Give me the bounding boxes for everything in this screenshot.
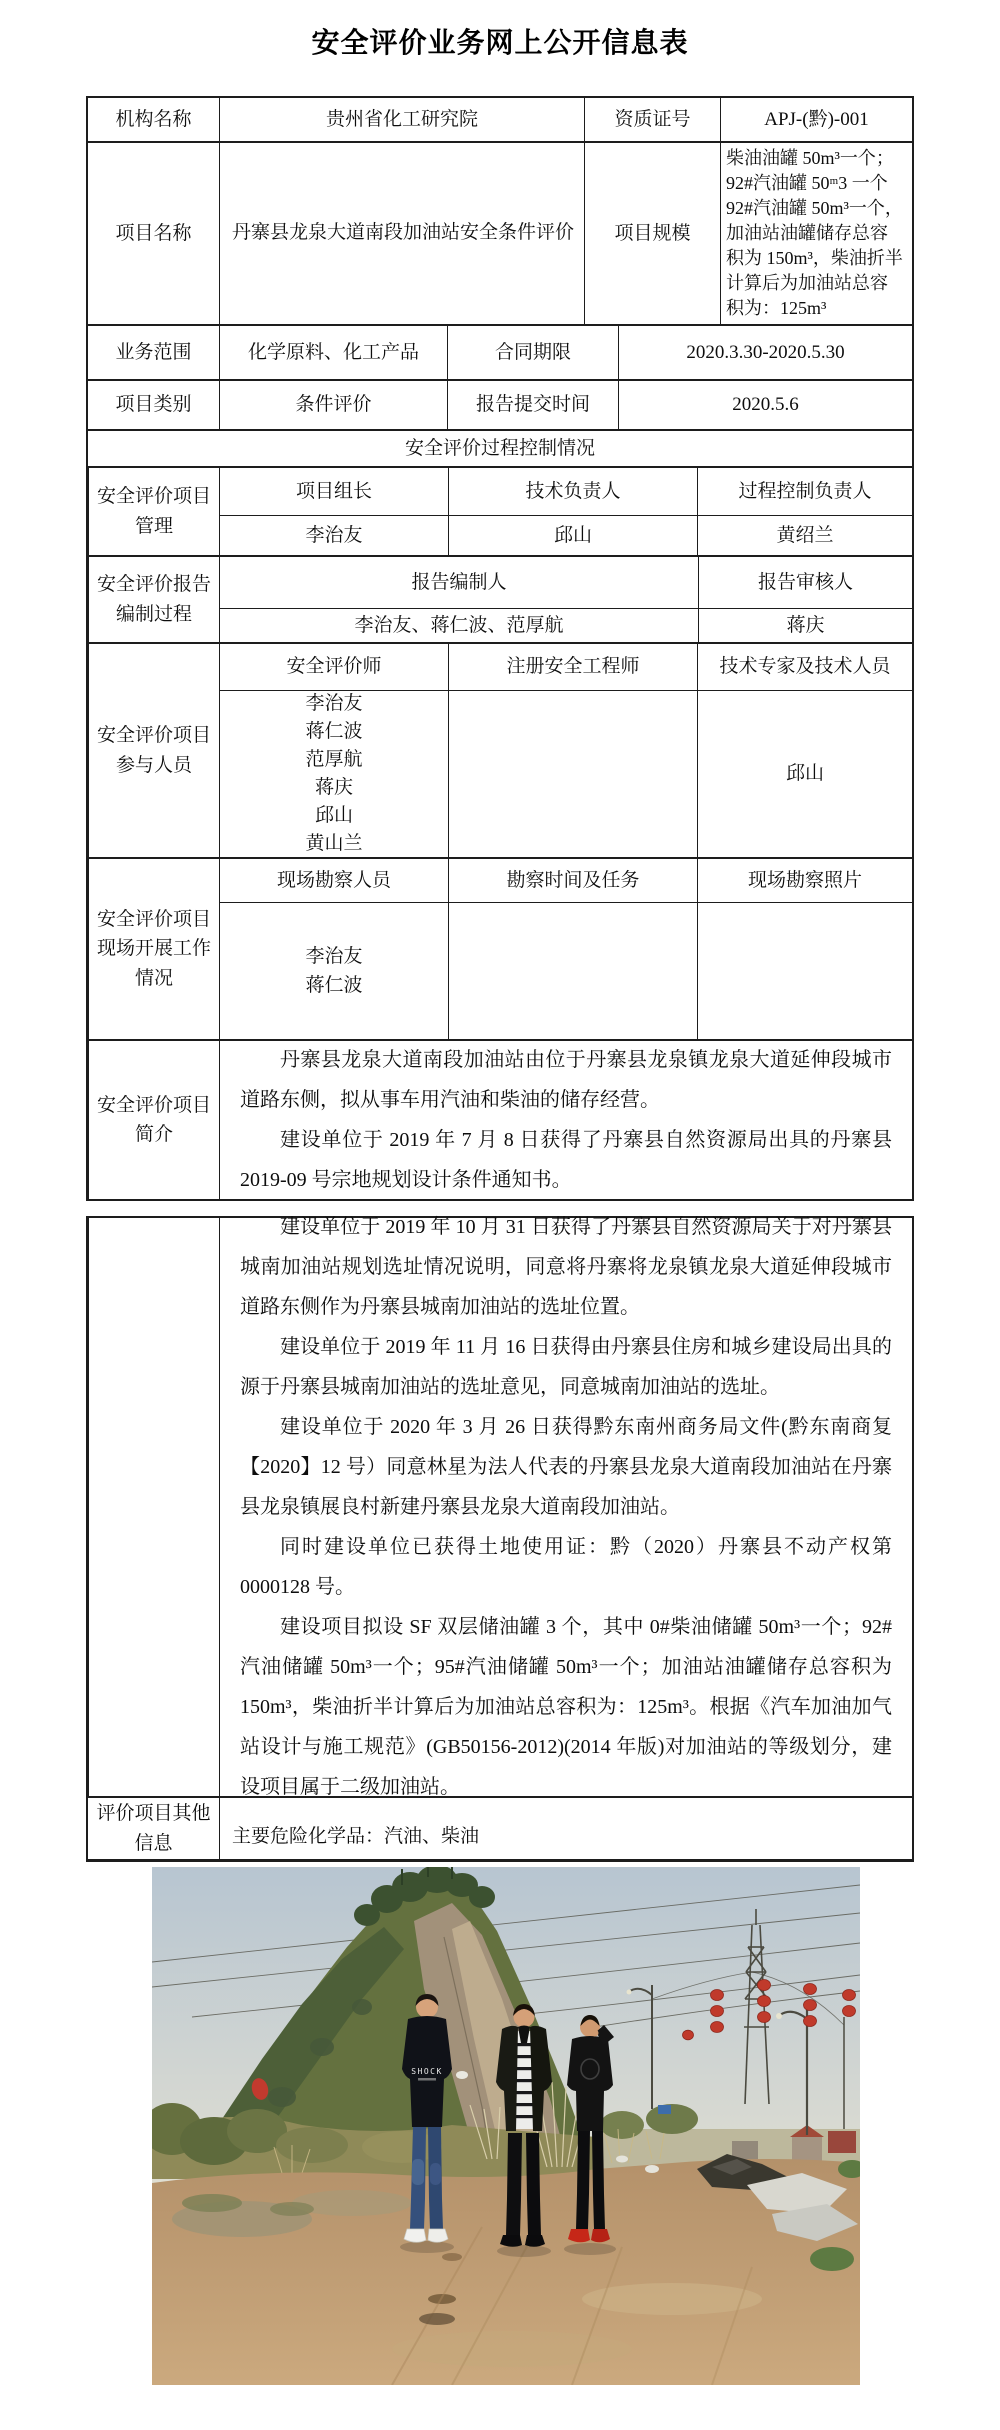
evaluators-header: 安全评价师 [220, 644, 448, 690]
details-paragraph-5: 建设项目拟设 SF 双层储油罐 3 个，其中 0#柴油储罐 50m³一个；92#… [240, 1607, 892, 1807]
management-label: 安全评价项目管理 [88, 468, 219, 555]
weeds [810, 2247, 854, 2271]
survey-task-value [448, 903, 697, 1039]
experts-header: 技术专家及技术人员 [697, 644, 912, 690]
other-info-value: 主要危险化学品：汽油、柴油 [219, 1798, 912, 1859]
hand [592, 2030, 599, 2037]
experts-value: 邱山 [697, 691, 912, 857]
process-lead-header: 过程控制负责人 [697, 468, 912, 515]
intro-label: 安全评价项目简介 [88, 1041, 219, 1199]
team-leader-header: 项目组长 [220, 468, 448, 515]
site-photo-graphic: SHOCK [152, 1867, 860, 2385]
details-paragraph-4: 同时建设单位已获得土地使用证：黔（2020）丹寨县不动产权第 0000128 号… [240, 1527, 892, 1607]
project-name-value: 丹寨县龙泉大道南段加油站安全条件评价 [219, 143, 584, 324]
row-section-header: 安全评价过程控制情况 [88, 429, 912, 466]
report-header-row: 报告编制人 报告审核人 [220, 557, 912, 608]
evaluators-value: 李治友 蒋仁波 范厚航 蒋庆 邱山 黄山兰 [220, 691, 448, 857]
distant-building-2 [792, 2137, 822, 2161]
tech-lead-header: 技术负责人 [448, 468, 697, 515]
section-report: 安全评价报告编制过程 报告编制人 报告审核人 李治友、蒋仁波、范厚航 蒋庆 [88, 555, 912, 642]
intro-paragraph-2: 建设单位于 2019 年 7 月 8 日获得了丹寨县自然资源局出具的丹寨县 20… [240, 1120, 892, 1200]
site-survey-label: 安全评价项目现场开展工作情况 [88, 859, 219, 1039]
details-table: 建设单位于 2019 年 10 月 31 日获得了丹寨县自然资源局关于对丹寨县城… [86, 1216, 914, 1862]
members-header-row: 安全评价师 注册安全工程师 技术专家及技术人员 [220, 644, 912, 690]
surveyors-value: 李治友 蒋仁波 [220, 903, 448, 1039]
details-empty-label [88, 1218, 219, 1796]
cert-no-label: 资质证号 [584, 98, 720, 141]
safety-engineer-value [448, 691, 697, 857]
contract-period-value: 2020.3.30-2020.5.30 [618, 326, 912, 379]
details-text-row: 建设单位于 2019 年 10 月 31 日获得了丹寨县自然资源局关于对丹寨县城… [220, 1218, 912, 1796]
process-control-section-title: 安全评价过程控制情况 [88, 431, 912, 466]
members-value-row: 李治友 蒋仁波 范厚航 蒋庆 邱山 黄山兰 邱山 [220, 690, 912, 857]
row-project: 项目名称 丹寨县龙泉大道南段加油站安全条件评价 项目规模 柴油油罐 50m³一个… [88, 141, 912, 324]
red-shoe-right [591, 2229, 610, 2242]
management-value-row: 李治友 邱山 黄绍兰 [220, 515, 912, 555]
hoodie-text: SHOCK [411, 2067, 443, 2076]
org-name-label: 机构名称 [88, 98, 219, 141]
business-scope-label: 业务范围 [88, 326, 219, 379]
surveyors-header: 现场勘察人员 [220, 859, 448, 902]
row-scope: 业务范围 化学原料、化工产品 合同期限 2020.3.30-2020.5.30 [88, 324, 912, 379]
details-paragraph-2: 建设单位于 2019 年 11 月 16 日获得由丹寨县住房和城乡建设局出具的源… [240, 1327, 892, 1407]
intro-paragraph-1: 丹寨县龙泉大道南段加油站由位于丹寨县龙泉镇龙泉大道延伸段城市道路东侧，拟从事车用… [240, 1040, 892, 1120]
blue-sign [658, 2105, 671, 2114]
other-info-label: 评价项目其他信息 [88, 1798, 219, 1859]
report-reviewer-header: 报告审核人 [698, 557, 912, 608]
report-value-row: 李治友、蒋仁波、范厚航 蒋庆 [220, 608, 912, 642]
red-shoe-left [568, 2229, 590, 2242]
members-label: 安全评价项目参与人员 [88, 644, 219, 857]
process-lead-value: 黄绍兰 [697, 516, 912, 555]
report-submit-label: 报告提交时间 [447, 381, 618, 429]
row-other-info: 评价项目其他信息 主要危险化学品：汽油、柴油 [88, 1796, 912, 1859]
survey-task-header: 勘察时间及任务 [448, 859, 697, 902]
org-name-value: 贵州省化工研究院 [219, 98, 584, 141]
page-title: 安全评价业务网上公开信息表 [0, 0, 1000, 62]
red-structure [828, 2131, 856, 2153]
cert-no-value: APJ-(黔)-001 [720, 98, 912, 141]
details-paragraph-1: 建设单位于 2019 年 10 月 31 日获得了丹寨县自然资源局关于对丹寨县城… [240, 1207, 892, 1327]
contract-period-label: 合同期限 [447, 326, 618, 379]
row-org: 机构名称 贵州省化工研究院 资质证号 APJ-(黔)-001 [88, 98, 912, 141]
project-scale-label: 项目规模 [584, 143, 720, 324]
details-row: 建设单位于 2019 年 10 月 31 日获得了丹寨县自然资源局关于对丹寨县城… [88, 1218, 912, 1796]
section-site-survey: 安全评价项目现场开展工作情况 现场勘察人员 勘察时间及任务 现场勘察照片 李治友… [88, 857, 912, 1039]
safety-engineer-header: 注册安全工程师 [448, 644, 697, 690]
project-scale-value: 柴油油罐 50m³一个； 92#汽油罐 50ᵐ3 一个 92#汽油罐 50m³一… [720, 143, 912, 324]
section-management: 安全评价项目管理 项目组长 技术负责人 过程控制负责人 李治友 邱山 黄绍兰 [88, 466, 912, 555]
survey-photo-value [697, 903, 912, 1039]
report-author-value: 李治友、蒋仁波、范厚航 [220, 609, 698, 642]
project-category-value: 条件评价 [219, 381, 447, 429]
dark-spot [419, 2313, 455, 2325]
info-table: 机构名称 贵州省化工研究院 资质证号 APJ-(黔)-001 项目名称 丹寨县龙… [86, 96, 914, 1201]
report-process-label: 安全评价报告编制过程 [88, 557, 219, 642]
management-header-row: 项目组长 技术负责人 过程控制负责人 [220, 468, 912, 515]
site-photo: SHOCK [152, 1867, 860, 2385]
survey-header-row: 现场勘察人员 勘察时间及任务 现场勘察照片 [220, 859, 912, 902]
survey-value-row: 李治友 蒋仁波 [220, 902, 912, 1039]
business-scope-value: 化学原料、化工产品 [219, 326, 447, 379]
project-category-label: 项目类别 [88, 381, 219, 429]
section-members: 安全评价项目参与人员 安全评价师 注册安全工程师 技术专家及技术人员 李治友 蒋… [88, 642, 912, 857]
survey-photo-header: 现场勘察照片 [697, 859, 912, 902]
report-reviewer-value: 蒋庆 [698, 609, 912, 642]
details-paragraph-3: 建设单位于 2020 年 3 月 26 日获得黔东南州商务局文件(黔东南商复【2… [240, 1407, 892, 1527]
project-name-label: 项目名称 [88, 143, 219, 324]
intro-text: 丹寨县龙泉大道南段加油站由位于丹寨县龙泉镇龙泉大道延伸段城市道路东侧，拟从事车用… [220, 1041, 912, 1199]
report-author-header: 报告编制人 [220, 557, 698, 608]
section-intro: 安全评价项目简介 丹寨县龙泉大道南段加油站由位于丹寨县龙泉镇龙泉大道延伸段城市道… [88, 1039, 912, 1199]
document-page: 安全评价业务网上公开信息表 机构名称 贵州省化工研究院 资质证号 APJ-(黔)… [0, 0, 1000, 2430]
intro-row: 丹寨县龙泉大道南段加油站由位于丹寨县龙泉镇龙泉大道延伸段城市道路东侧，拟从事车用… [220, 1041, 912, 1199]
row-category: 项目类别 条件评价 报告提交时间 2020.5.6 [88, 379, 912, 429]
details-text: 建设单位于 2019 年 10 月 31 日获得了丹寨县自然资源局关于对丹寨县城… [220, 1218, 912, 1796]
team-leader-value: 李治友 [220, 516, 448, 555]
report-submit-value: 2020.5.6 [618, 381, 912, 429]
tech-lead-value: 邱山 [448, 516, 697, 555]
